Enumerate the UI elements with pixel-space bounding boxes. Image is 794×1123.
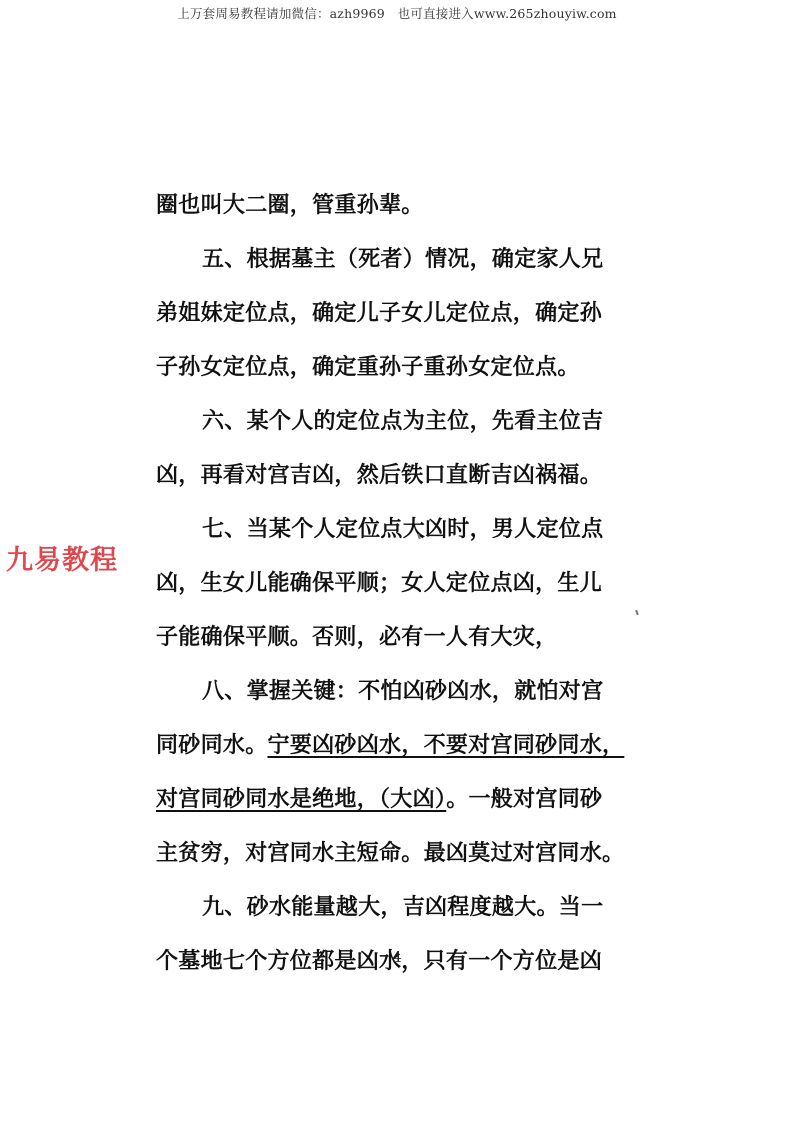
text-line: 弟姐妹定位点，确定儿子女儿定位点，确定孙 (156, 286, 602, 342)
text-line-section-6: 六、某个人的定位点为主位，先看主位吉 (202, 394, 603, 450)
text-line-mixed: 对宫同砂同水是绝地，（大凶）。一般对宫同砂 (156, 772, 602, 828)
text-line: 子能确保平顺。否则，必有一人有大灾， (156, 610, 557, 666)
text-line: 圈也叫大二圈，管重孙辈。 (156, 178, 424, 234)
text-line-section-7: 七、当某个人定位点大凶时，男人定位点 (202, 502, 603, 558)
text-line: 凶，生女儿能确保平顺；女人定位点凶，生儿 (156, 556, 602, 612)
text-line: 主贫穷，对宫同水主短命。最凶莫过对宫同水。 (156, 826, 624, 882)
text-line: 凶，再看对宫吉凶，然后铁口直断吉凶祸福。 (156, 448, 602, 504)
text-line-section-9: 九、砂水能量越大，吉凶程度越大。当一 (202, 880, 603, 936)
text-line-section-5: 五、根据墓主（死者）情况，确定家人兄 (202, 232, 603, 288)
watermark-logo: 九易教程 (6, 538, 118, 577)
text-line-mixed: 同砂同水。宁要凶砂凶水，不要对宫同砂同水， (156, 718, 624, 774)
text-line: 子孙女定位点，确定重孙子重孙女定位点。 (156, 340, 580, 396)
underlined-text: 对宫同砂同水是绝地，（大凶） (156, 787, 446, 812)
page-number: 4 (0, 948, 794, 966)
plain-text: 。一般对宫同砂 (446, 787, 602, 812)
underlined-text: 宁要凶砂凶水，不要对宫同砂同水， (268, 733, 625, 758)
text-line-section-8: 八、掌握关键：不怕凶砂凶水，就怕对宫 (202, 664, 603, 720)
plain-text: 同砂同水。 (156, 733, 268, 758)
header-banner: 上万套周易教程请加微信：azh9969 也可直接进入www.265zhouyiw… (0, 4, 794, 22)
scan-speck (635, 610, 639, 615)
